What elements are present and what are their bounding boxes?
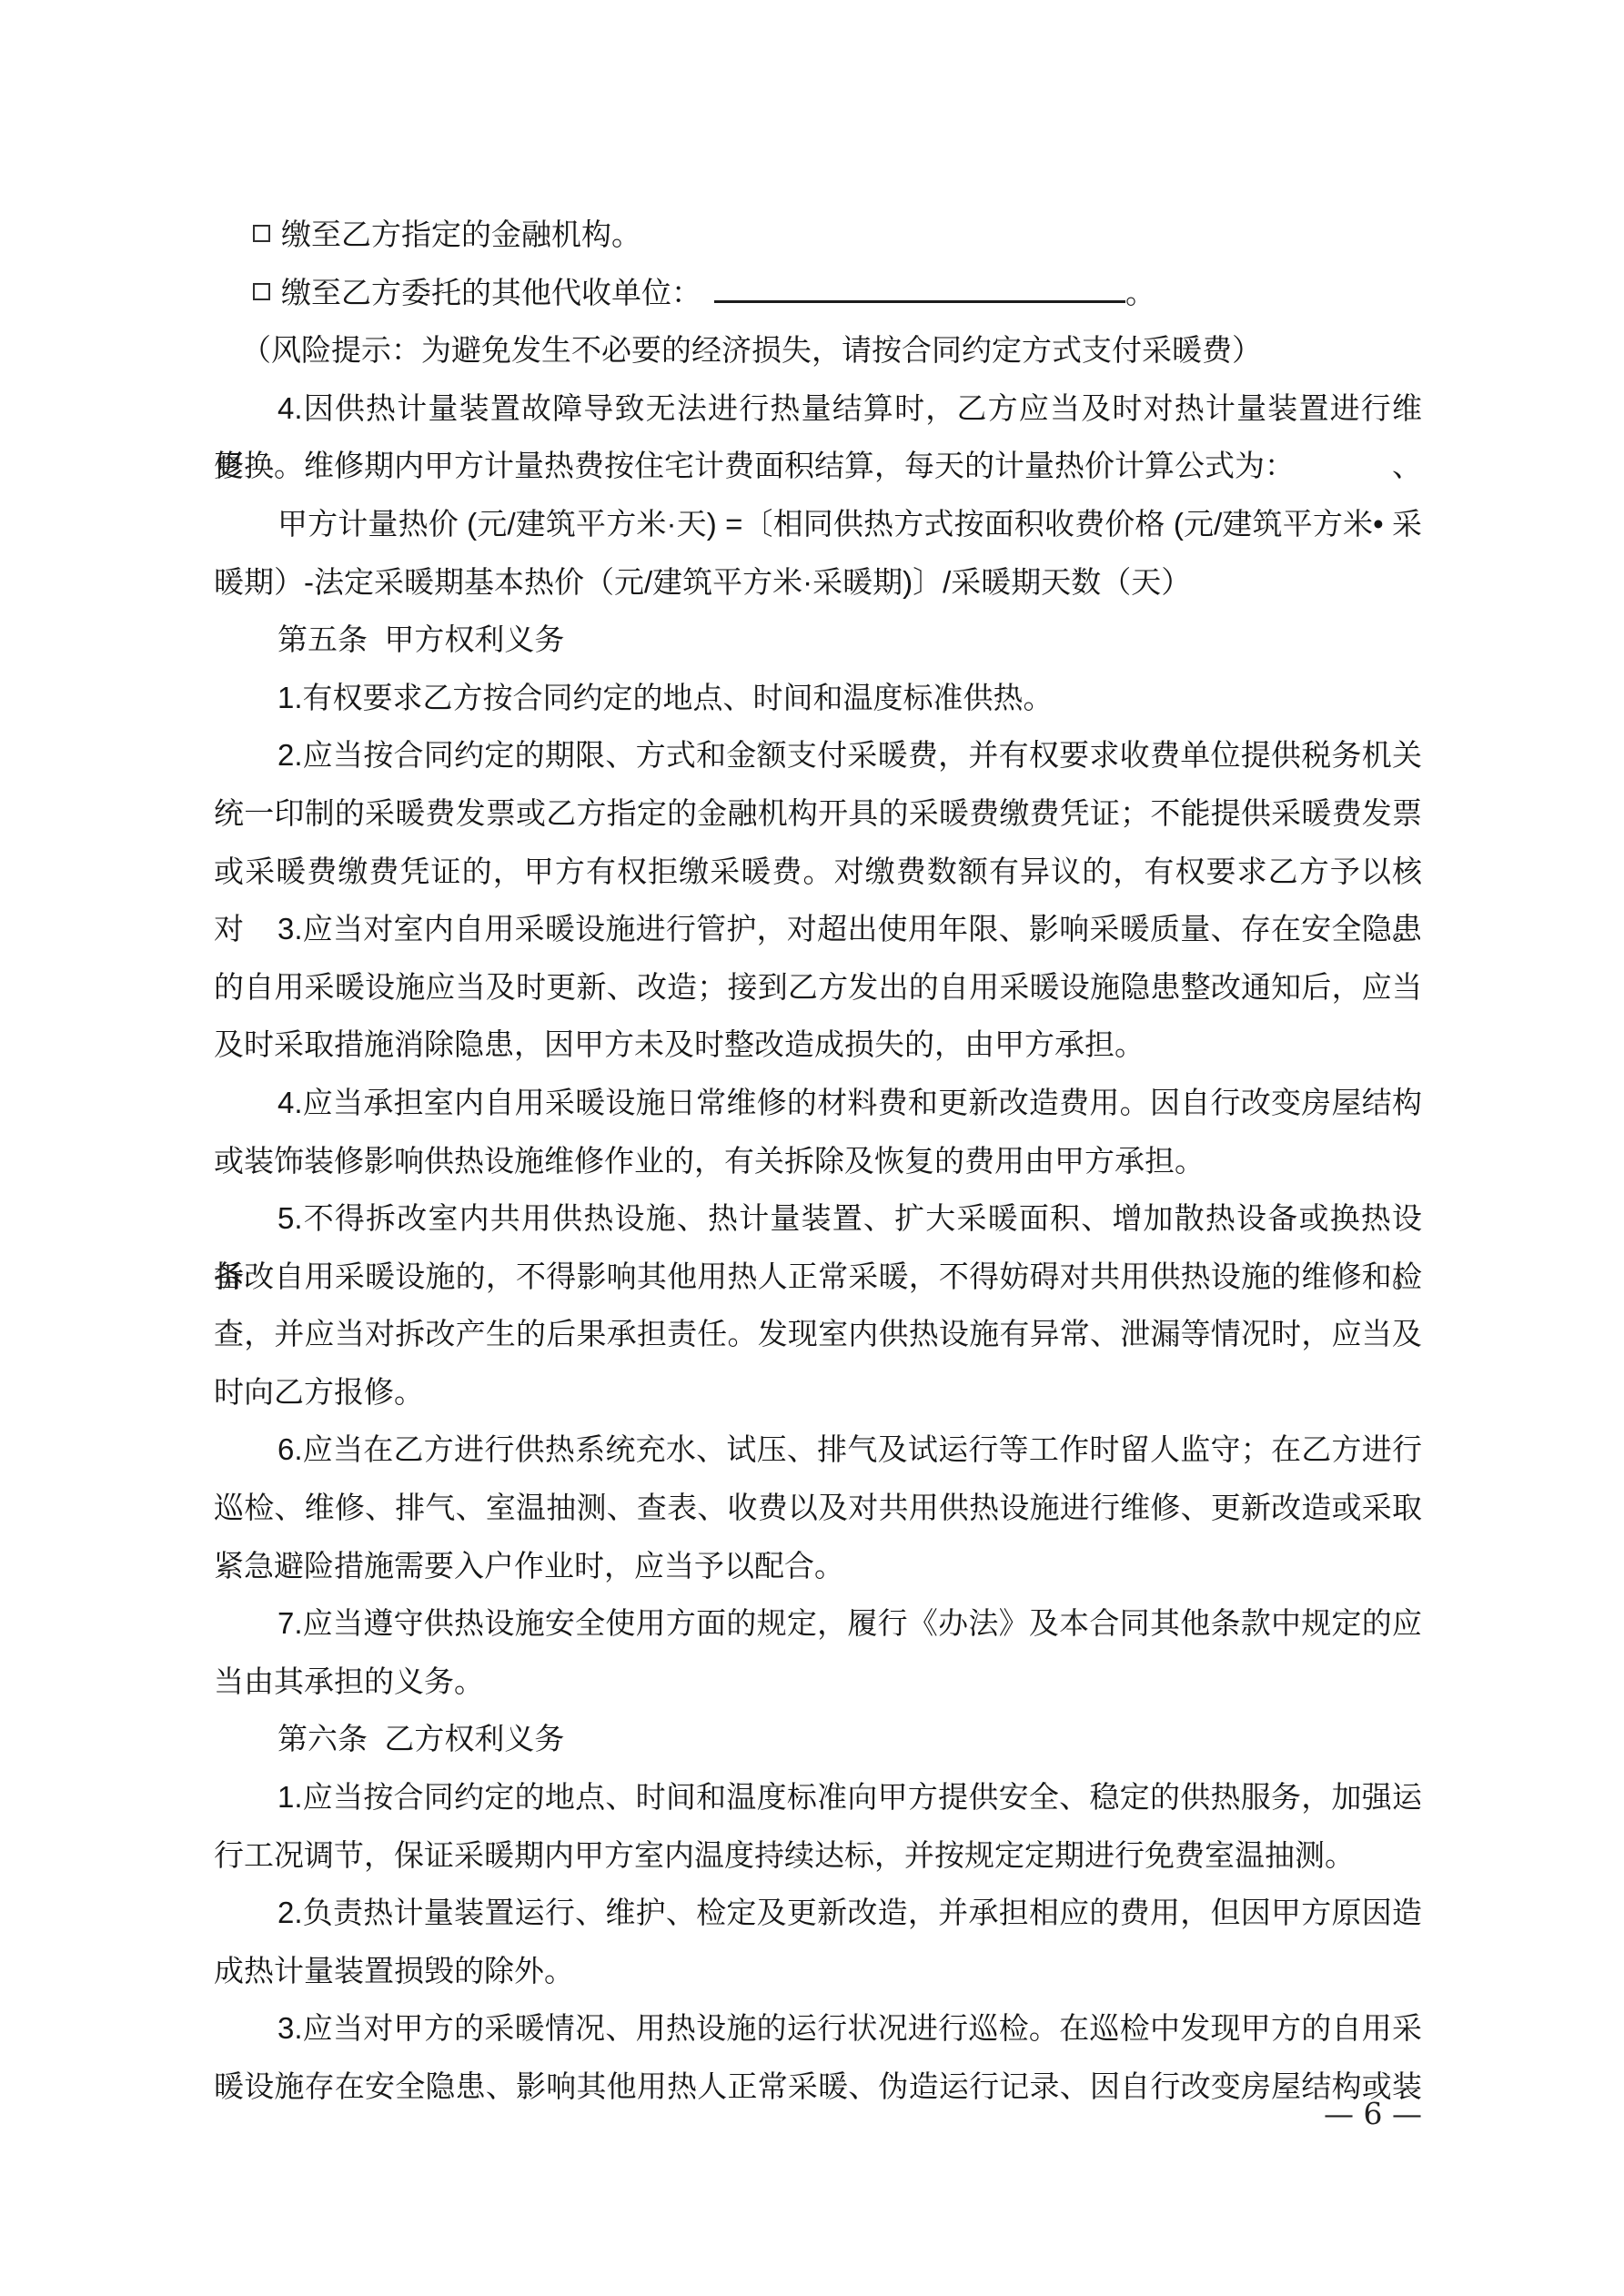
text-line: 暖设施存在安全隐患、影响其他用热人正常采暖、伪造运行记录、因自行改变房屋结构或装 <box>214 2058 1422 2116</box>
line-text: 2.应当按合同约定的期限、方式和金额支付采暖费，并有权要求收费单位提供税务机关 <box>277 738 1422 772</box>
text-line: 1.有权要求乙方按合同约定的地点、时间和温度标准供热。 <box>214 669 1422 727</box>
text-line: 时向乙方报修。 <box>214 1363 1422 1421</box>
line-text: 3.应当对甲方的采暖情况、用热设施的运行状况进行巡检。在巡检中发现甲方的自用采 <box>277 2011 1422 2045</box>
line-text: 甲方计量热价 (元/建筑平方米·天) =〔相同供热方式按面积收费价格 (元/建筑… <box>277 507 1422 541</box>
text-line: 1.应当按合同约定的地点、时间和温度标准向甲方提供安全、稳定的供热服务，加强运 <box>214 1768 1422 1826</box>
text-line: 2.负责热计量装置运行、维护、检定及更新改造，并承担相应的费用，但因甲方原因造 <box>214 1884 1422 1942</box>
line-text: 3.应当对室内自用采暖设施进行管护，对超出使用年限、影响采暖质量、存在安全隐患 <box>277 912 1422 946</box>
text-line: 4.因供热计量装置故障导致无法进行热量结算时，乙方应当及时对热计量装置进行维修、 <box>214 379 1422 438</box>
line-text: 更换。维修期内甲方计量热费按住宅计费面积结算，每天的计量热价计算公式为： <box>214 449 1295 482</box>
line-text: 第五条 甲方权利义务 <box>277 622 564 656</box>
text-line: 2.应当按合同约定的期限、方式和金额支付采暖费，并有权要求收费单位提供税务机关 <box>214 726 1422 784</box>
line-text: 暖设施存在安全隐患、影响其他用热人正常采暖、伪造运行记录、因自行改变房屋结构或装 <box>214 2069 1422 2103</box>
text-line: 查，并应当对拆改产生的后果承担责任。发现室内供热设施有异常、泄漏等情况时，应当及 <box>214 1305 1422 1363</box>
line-text: 缴至乙方指定的金融机构。 <box>281 217 641 251</box>
line-text: 7.应当遵守供热设施安全使用方面的规定，履行《办法》及本合同其他条款中规定的应 <box>277 1606 1422 1640</box>
text-line: 7.应当遵守供热设施安全使用方面的规定，履行《办法》及本合同其他条款中规定的应 <box>214 1594 1422 1653</box>
text-line: 3.应当对甲方的采暖情况、用热设施的运行状况进行巡检。在巡检中发现甲方的自用采 <box>214 1999 1422 2058</box>
text-line: 更换。维修期内甲方计量热费按住宅计费面积结算，每天的计量热价计算公式为： <box>214 437 1422 495</box>
line-text: （风险提示：为避免发生不必要的经济损失，请按合同约定方式支付采暖费） <box>241 333 1262 367</box>
text-line: 的自用采暖设施应当及时更新、改造；接到乙方发出的自用采暖设施隐患整改通知后，应当 <box>214 958 1422 1017</box>
line-text: 拆改自用采暖设施的，不得影响其他用热人正常采暖，不得妨碍对共用供热设施的维修和检 <box>214 1259 1422 1293</box>
text-line: 第六条 乙方权利义务 <box>214 1710 1422 1768</box>
line-text: 时向乙方报修。 <box>214 1375 424 1409</box>
line-text: 或装饰装修影响供热设施维修作业的，有关拆除及恢复的费用由甲方承担。 <box>214 1144 1205 1178</box>
page-number: — 6 — <box>1324 2096 1422 2132</box>
text-line: 或采暖费缴费凭证的，甲方有权拒缴采暖费。对缴费数额有异议的，有权要求乙方予以核对… <box>214 843 1422 901</box>
line-text: 紧急避险措施需要入户作业时，应当予以配合。 <box>214 1549 844 1583</box>
line-text: 当由其承担的义务。 <box>214 1664 484 1698</box>
text-line: 当由其承担的义务。 <box>214 1653 1422 1711</box>
line-text: 暖期）-法定采暖期基本热价（元/建筑平方米·采暖期)〕/采暖期天数（天） <box>214 565 1191 599</box>
text-line: 甲方计量热价 (元/建筑平方米·天) =〔相同供热方式按面积收费价格 (元/建筑… <box>214 495 1422 553</box>
document-body: 缴至乙方指定的金融机构。缴至乙方委托的其他代收单位：。（风险提示：为避免发生不必… <box>214 206 1422 2116</box>
line-text: 行工况调节，保证采暖期内甲方室内温度持续达标，并按规定定期进行免费室温抽测。 <box>214 1838 1355 1872</box>
contract-page: 缴至乙方指定的金融机构。缴至乙方委托的其他代收单位：。（风险提示：为避免发生不必… <box>0 0 1624 2296</box>
text-line: 紧急避险措施需要入户作业时，应当予以配合。 <box>214 1537 1422 1595</box>
text-line: 暖期）-法定采暖期基本热价（元/建筑平方米·采暖期)〕/采暖期天数（天） <box>214 553 1422 612</box>
text-line: 5.不得拆改室内共用供热设施、热计量装置、扩大采暖面积、增加散热设备或换热设备。 <box>214 1189 1422 1248</box>
checkbox-icon[interactable] <box>253 283 270 300</box>
fill-in-blank[interactable] <box>714 291 1125 303</box>
line-text: 1.应当按合同约定的地点、时间和温度标准向甲方提供安全、稳定的供热服务，加强运 <box>277 1780 1422 1814</box>
text-line: 6.应当在乙方进行供热系统充水、试压、排气及试运行等工作时留人监守；在乙方进行 <box>214 1421 1422 1479</box>
text-line: 巡检、维修、排气、室温抽测、查表、收费以及对共用供热设施进行维修、更新改造或采取 <box>214 1479 1422 1537</box>
line-text: 4.应当承担室内自用采暖设施日常维修的材料费和更新改造费用。因自行改变房屋结构 <box>277 1086 1422 1119</box>
line-text: 统一印制的采暖费发票或乙方指定的金融机构开具的采暖费缴费凭证；不能提供采暖费发票 <box>214 796 1422 830</box>
text-line: 统一印制的采暖费发票或乙方指定的金融机构开具的采暖费缴费凭证；不能提供采暖费发票 <box>214 784 1422 843</box>
text-line: 第五条 甲方权利义务 <box>214 611 1422 669</box>
line-text: 成热计量装置损毁的除外。 <box>214 1954 574 1988</box>
text-line: 缴至乙方指定的金融机构。 <box>214 206 1422 264</box>
text-line: 成热计量装置损毁的除外。 <box>214 1942 1422 2000</box>
line-text: 的自用采暖设施应当及时更新、改造；接到乙方发出的自用采暖设施隐患整改通知后，应当 <box>214 970 1422 1004</box>
checkbox-icon[interactable] <box>253 225 270 242</box>
line-text: 及时采取措施消除隐患，因甲方未及时整改造成损失的，由甲方承担。 <box>214 1027 1145 1061</box>
line-text: 2.负责热计量装置运行、维护、检定及更新改造，并承担相应的费用，但因甲方原因造 <box>277 1896 1422 1929</box>
line-text-suffix: 。 <box>1125 276 1155 309</box>
line-text: 6.应当在乙方进行供热系统充水、试压、排气及试运行等工作时留人监守；在乙方进行 <box>277 1432 1422 1466</box>
line-text: 巡检、维修、排气、室温抽测、查表、收费以及对共用供热设施进行维修、更新改造或采取 <box>214 1491 1422 1524</box>
line-text: 查，并应当对拆改产生的后果承担责任。发现室内供热设施有异常、泄漏等情况时，应当及 <box>214 1317 1422 1350</box>
text-line: 缴至乙方委托的其他代收单位：。 <box>214 264 1422 322</box>
text-line: 3.应当对室内自用采暖设施进行管护，对超出使用年限、影响采暖质量、存在安全隐患 <box>214 900 1422 958</box>
text-line: 行工况调节，保证采暖期内甲方室内温度持续达标，并按规定定期进行免费室温抽测。 <box>214 1826 1422 1885</box>
line-text: 缴至乙方委托的其他代收单位： <box>281 276 701 309</box>
text-line: （风险提示：为避免发生不必要的经济损失，请按合同约定方式支付采暖费） <box>214 321 1422 379</box>
text-line: 及时采取措施消除隐患，因甲方未及时整改造成损失的，由甲方承担。 <box>214 1016 1422 1074</box>
line-text: 1.有权要求乙方按合同约定的地点、时间和温度标准供热。 <box>277 681 1054 714</box>
line-text: 第六条 乙方权利义务 <box>277 1722 564 1755</box>
text-line: 拆改自用采暖设施的，不得影响其他用热人正常采暖，不得妨碍对共用供热设施的维修和检 <box>214 1248 1422 1306</box>
text-line: 4.应当承担室内自用采暖设施日常维修的材料费和更新改造费用。因自行改变房屋结构 <box>214 1074 1422 1132</box>
text-line: 或装饰装修影响供热设施维修作业的，有关拆除及恢复的费用由甲方承担。 <box>214 1132 1422 1190</box>
